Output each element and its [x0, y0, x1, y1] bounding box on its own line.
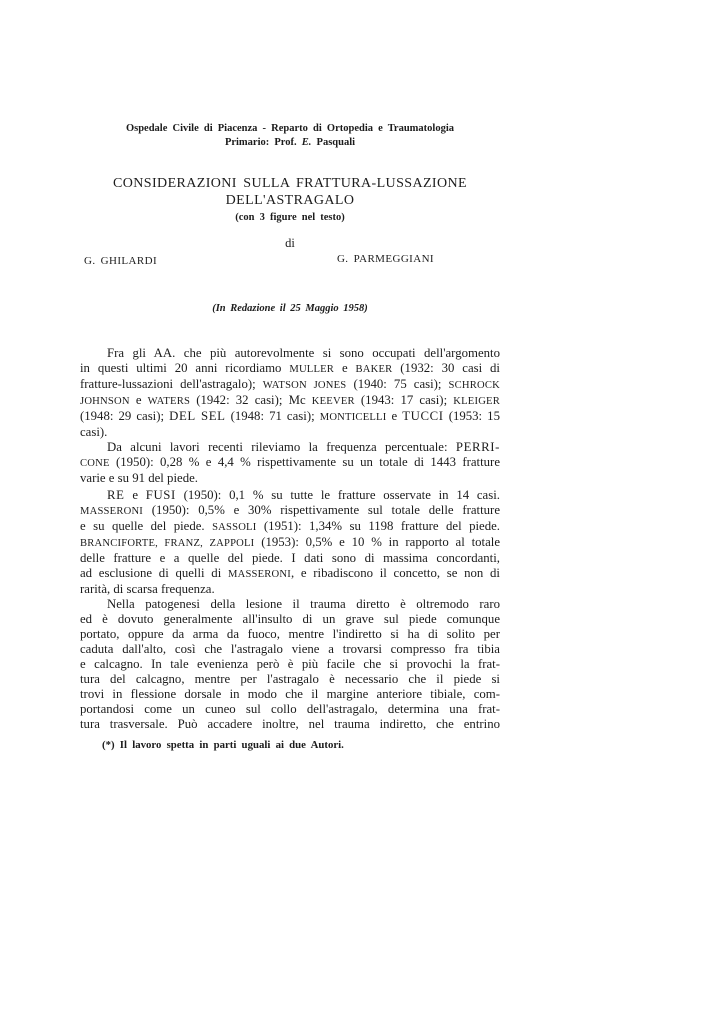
text-segment: (1932: 30 casi di	[392, 361, 500, 375]
text-segment: e su quelle del piede.	[80, 519, 212, 533]
text-segment: e calcagno. In tale evenienza però è più…	[80, 657, 500, 671]
text-segment: portandosi come un cuneo sul collo dell'…	[80, 702, 500, 716]
cited-author-name: MASSERONI	[80, 506, 143, 517]
text-line: tura del calcagno, mentre per l'astragal…	[80, 672, 500, 687]
title-line-2: DELL'ASTRAGALO	[80, 193, 500, 210]
cited-author-name: WATSON JONES	[263, 380, 347, 391]
text-segment: (1942: 32 casi); Mc	[190, 393, 312, 407]
primario-initial: E.	[302, 137, 312, 148]
text-segment: tura trasversale. Può accadere inoltre, …	[80, 717, 500, 731]
text-segment: (1950): 0,28 % e 4,4 % rispettivamente s…	[110, 455, 500, 469]
text-segment: , e ribadiscono il concetto, se non di	[291, 566, 500, 580]
cited-author-name: SCHROCK	[449, 380, 500, 391]
text-segment: fratture-lussazioni dell'astragalo);	[80, 377, 263, 391]
paragraph: RE e FUSI (1950): 0,1 % su tutte le frat…	[80, 488, 500, 597]
text-segment: Fra gli AA. che più autorevolmente si so…	[107, 346, 500, 360]
text-line: delle fratture e a quelle del piede. I d…	[80, 551, 500, 566]
footnote: (*) Il lavoro spetta in parti uguali ai …	[80, 739, 500, 751]
text-line: e su quelle del piede. SASSOLI (1951): 1…	[80, 519, 500, 535]
text-line: tura trasversale. Può accadere inoltre, …	[80, 717, 500, 732]
paragraph: Nella patogenesi della lesione il trauma…	[80, 597, 500, 732]
cited-author-name: MASSERONI	[228, 569, 291, 580]
text-line: in questi ultimi 20 anni ricordiamo MULL…	[80, 361, 500, 377]
text-segment: (1953): 0,5% e 10 % in rapporto al total…	[254, 535, 500, 549]
text-segment: casi).	[80, 425, 107, 439]
text-segment: (1948: 71 casi);	[226, 409, 320, 423]
text-segment: ed è dovuto generalmente all'insulto di …	[80, 612, 500, 626]
cited-author-name: MONTICELLI	[320, 412, 387, 423]
paragraph: Da alcuni lavori recenti rileviamo la fr…	[80, 440, 500, 486]
text-segment: (1951): 1,34% su 1198 fratture del piede…	[256, 519, 500, 533]
text-line: caduta dall'alto, così che l'astragalo v…	[80, 642, 500, 657]
text-segment: e	[334, 361, 355, 375]
cited-author-name: WATERS	[148, 396, 190, 407]
text-line: ed è dovuto generalmente all'insulto di …	[80, 612, 500, 627]
cited-author-name: CONE	[80, 458, 110, 469]
institution-header: Ospedale Civile di Piacenza - Reparto di…	[80, 122, 500, 149]
text-segment: (1948: 29 casi);	[80, 409, 169, 423]
cited-author-name: SASSOLI	[212, 522, 256, 533]
text-segment: ad esclusione di quelli di	[80, 566, 228, 580]
text-line: portato, oppure da arma da fuoco, mentre…	[80, 627, 500, 642]
text-line: JOHNSON e WATERS (1942: 32 casi); Mc KEE…	[80, 393, 500, 409]
article-title: CONSIDERAZIONI SULLA FRATTURA-LUSSAZIONE…	[80, 176, 500, 209]
paragraph: Fra gli AA. che più autorevolmente si so…	[80, 346, 500, 440]
cited-author-name: JOHNSON	[80, 396, 130, 407]
text-segment: portato, oppure da arma da fuoco, mentre…	[80, 627, 500, 641]
primario-prefix: Primario: Prof.	[225, 137, 297, 148]
cited-author-name: BRANCIFORTE, FRANZ, ZAPPOLI	[80, 538, 254, 549]
text-line: e calcagno. In tale evenienza però è più…	[80, 657, 500, 672]
primario-surname: Pasquali	[317, 137, 356, 148]
text-segment: e	[130, 393, 148, 407]
author-ghilardi: G. GHILARDI	[84, 255, 157, 267]
cited-author-name: BAKER	[356, 364, 393, 375]
title-line-1: CONSIDERAZIONI SULLA FRATTURA-LUSSAZIONE	[80, 176, 500, 193]
text-segment: caduta dall'alto, così che l'astragalo v…	[80, 642, 500, 656]
byline-preposition: di	[80, 236, 500, 251]
text-line: ad esclusione di quelli di MASSERONI, e …	[80, 566, 500, 582]
text-line: Fra gli AA. che più autorevolmente si so…	[80, 346, 500, 361]
authors-row: G. GHILARDI G. PARMEGGIANI	[80, 255, 500, 267]
cited-author-name: KLEIGER	[453, 396, 500, 407]
text-segment: Nella patogenesi della lesione il trauma…	[107, 597, 500, 611]
institution-line: Ospedale Civile di Piacenza - Reparto di…	[80, 122, 500, 136]
cited-author-name: MULLER	[289, 364, 334, 375]
text-segment: (1940: 75 casi);	[346, 377, 448, 391]
text-segment: tura del calcagno, mentre per l'astragal…	[80, 672, 500, 686]
cited-author-name: DEL SEL	[169, 409, 225, 423]
text-line: portandosi come un cuneo sul collo dell'…	[80, 702, 500, 717]
figures-note: (con 3 figure nel testo)	[80, 212, 500, 223]
text-segment: varie e su 91 del piede.	[80, 471, 198, 485]
text-line: BRANCIFORTE, FRANZ, ZAPPOLI (1953): 0,5%…	[80, 535, 500, 551]
scanned-paper-page: Ospedale Civile di Piacenza - Reparto di…	[0, 0, 728, 1024]
text-line: rarità, di scarsa frequenza.	[80, 582, 500, 597]
text-line: CONE (1950): 0,28 % e 4,4 % rispettivame…	[80, 455, 500, 471]
text-line: Nella patogenesi della lesione il trauma…	[80, 597, 500, 612]
text-segment: (1953: 15	[444, 409, 500, 423]
cited-author-name: RE	[107, 488, 125, 502]
text-segment: e	[125, 488, 146, 502]
cited-author-name: TUCCI	[402, 409, 443, 423]
text-line: trovi in flessione dorsale in modo che i…	[80, 687, 500, 702]
text-line: fratture-lussazioni dell'astragalo); WAT…	[80, 377, 500, 393]
dateline: (In Redazione il 25 Maggio 1958)	[80, 303, 500, 314]
cited-author-name: PERRI-	[456, 440, 500, 454]
text-segment: e	[386, 409, 402, 423]
text-segment: delle fratture e a quelle del piede. I d…	[80, 551, 500, 565]
primario-line: Primario: Prof. E. Pasquali	[80, 136, 500, 150]
text-line: casi).	[80, 425, 500, 440]
text-segment: (1943: 17 casi);	[355, 393, 454, 407]
author-parmeggiani: G. PARMEGGIANI	[337, 253, 434, 265]
text-line: MASSERONI (1950): 0,5% e 30% rispettivam…	[80, 503, 500, 519]
text-segment: Da alcuni lavori recenti rileviamo la fr…	[107, 440, 456, 454]
text-line: varie e su 91 del piede.	[80, 471, 500, 486]
text-line: RE e FUSI (1950): 0,1 % su tutte le frat…	[80, 488, 500, 503]
cited-author-name: KEEVER	[312, 396, 355, 407]
text-segment: (1950): 0,1 % su tutte le fratture osser…	[176, 488, 500, 502]
text-line: Da alcuni lavori recenti rileviamo la fr…	[80, 440, 500, 455]
body-text: Fra gli AA. che più autorevolmente si so…	[80, 346, 500, 732]
text-segment: (1950): 0,5% e 30% rispettivamente sul t…	[143, 503, 500, 517]
text-segment: rarità, di scarsa frequenza.	[80, 582, 215, 596]
text-segment: trovi in flessione dorsale in modo che i…	[80, 687, 500, 701]
text-line: (1948: 29 casi); DEL SEL (1948: 71 casi)…	[80, 409, 500, 425]
cited-author-name: FUSI	[146, 488, 176, 502]
text-segment: in questi ultimi 20 anni ricordiamo	[80, 361, 289, 375]
